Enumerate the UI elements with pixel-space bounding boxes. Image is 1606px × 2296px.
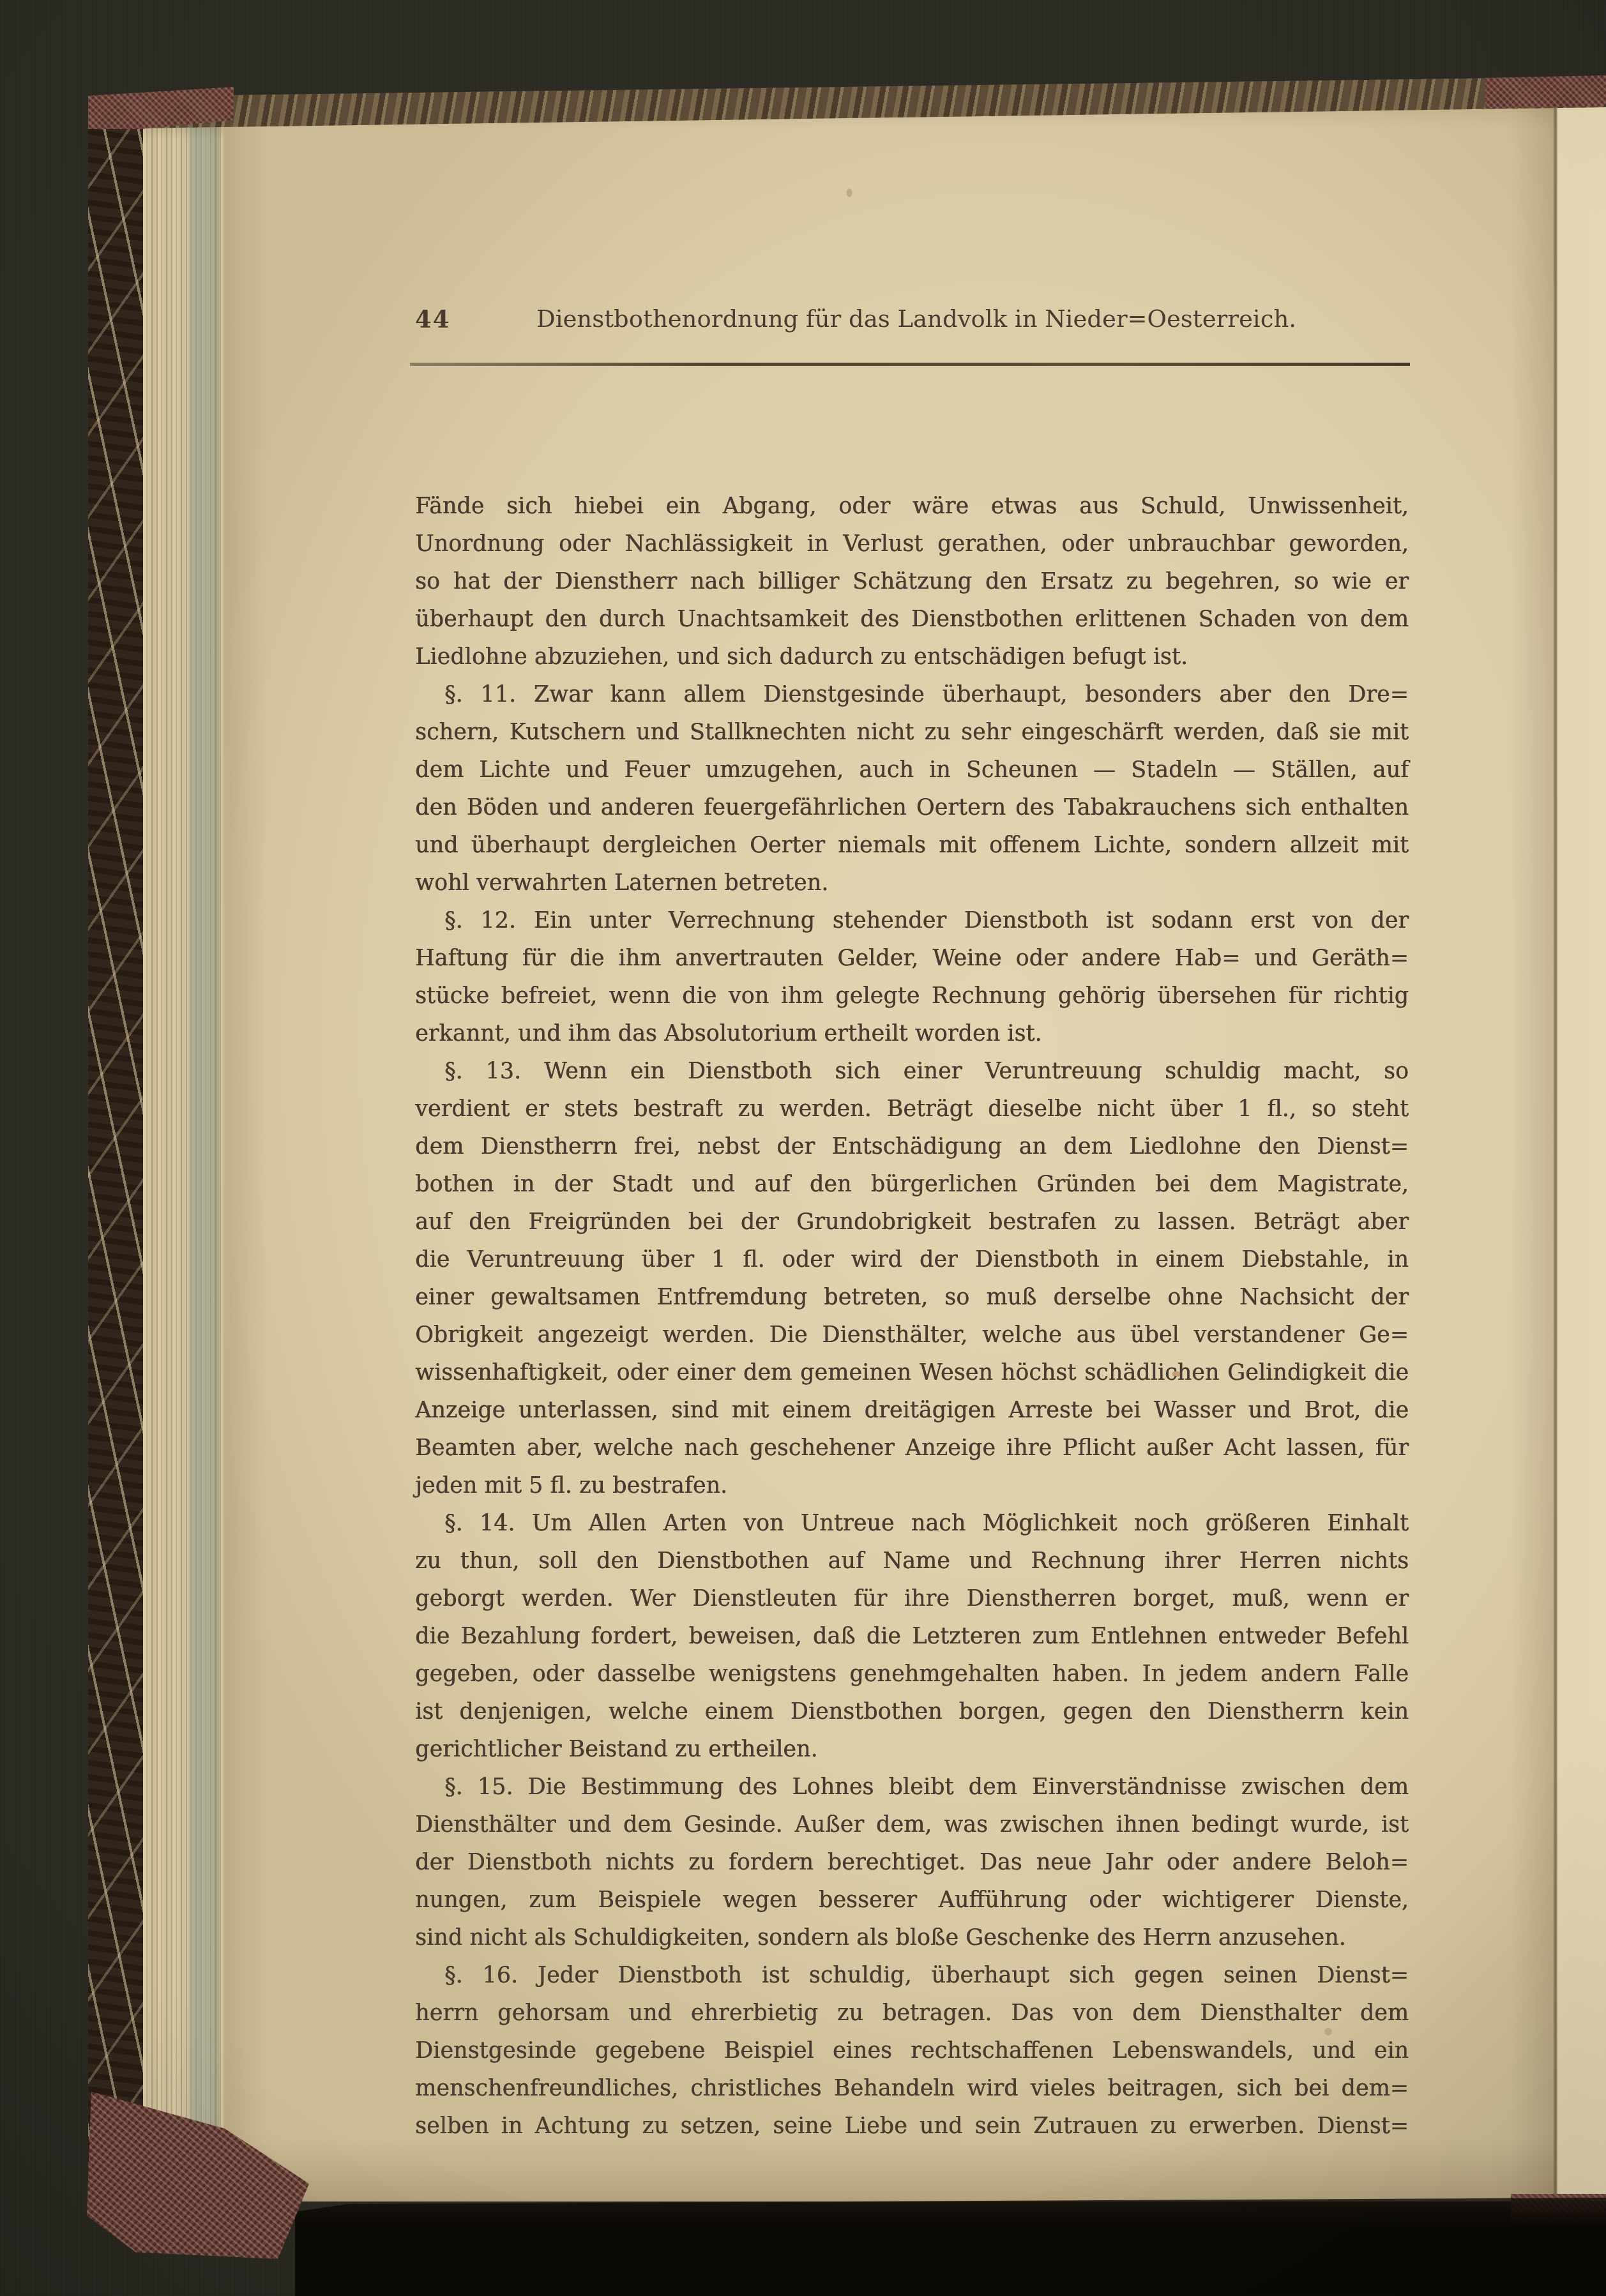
text-line: die Bezahlung fordert, beweisen, daß die… — [415, 1618, 1409, 1656]
text-line: auf den Freigründen bei der Grundobrigke… — [415, 1204, 1409, 1241]
text-line: ist denjenigen, welche einem Dienstbothe… — [415, 1693, 1409, 1731]
text-line: die Veruntreuung über 1 fl. oder wird de… — [415, 1241, 1409, 1279]
running-header: 44 Dienstbothenordnung für das Landvolk … — [415, 303, 1409, 342]
marbled-cover-edge — [88, 105, 143, 2205]
text-line: überhaupt den durch Unachtsamkeit des Di… — [415, 601, 1409, 638]
page-title: Dienstbothenordnung für das Landvolk in … — [504, 305, 1328, 333]
text-line: geborgt werden. Wer Dienstleuten für ihr… — [415, 1580, 1409, 1618]
text-line: den Böden und anderen feuergefährlichen … — [415, 789, 1409, 827]
text-line: bothen in der Stadt und auf den bürgerli… — [415, 1166, 1409, 1204]
text-line: jeden mit 5 fl. zu bestrafen. — [415, 1467, 1409, 1505]
text-line: und überhaupt dergleichen Oerter niemals… — [415, 827, 1409, 865]
text-line: gegeben, oder dasselbe wenigstens genehm… — [415, 1656, 1409, 1693]
text-line: wissenhaftigkeit, oder einer dem gemeine… — [415, 1354, 1409, 1392]
text-line: Dienstgesinde gegebene Beispiel eines re… — [415, 2032, 1409, 2070]
text-line: Haftung für die ihm anvertrauten Gelder,… — [415, 940, 1409, 978]
text-line: §. 13. Wenn ein Dienstboth sich einer Ve… — [415, 1053, 1409, 1091]
text-line: Fände sich hiebei ein Abgang, oder wäre … — [415, 488, 1409, 525]
text-line: so hat der Dienstherr nach billiger Schä… — [415, 563, 1409, 601]
text-line: dem Lichte und Feuer umzugehen, auch in … — [415, 751, 1409, 789]
printed-content: 44 Dienstbothenordnung für das Landvolk … — [415, 303, 1409, 342]
fanned-page-edges — [143, 101, 223, 2203]
text-line: wohl verwahrten Laternen betreten. — [415, 865, 1409, 902]
text-line: §. 16. Jeder Dienstboth ist schuldig, üb… — [415, 1957, 1409, 1995]
book-page: 44 Dienstbothenordnung für das Landvolk … — [223, 97, 1556, 2202]
text-line: sind nicht als Schuldigkeiten, sondern a… — [415, 1919, 1409, 1957]
text-line: §. 11. Zwar kann allem Dienstgesinde übe… — [415, 676, 1409, 714]
text-line: Anzeige unterlassen, sind mit einem drei… — [415, 1392, 1409, 1430]
photo-background: 44 Dienstbothenordnung für das Landvolk … — [0, 0, 1606, 2296]
header-rule — [410, 363, 1410, 366]
page-crease — [1553, 101, 1557, 2203]
text-line: zu thun, soll den Dienstbothen auf Name … — [415, 1543, 1409, 1580]
text-line: Unordnung oder Nachlässigkeit in Verlust… — [415, 525, 1409, 563]
cover-corner-top-left — [88, 75, 234, 129]
text-line: herrn gehorsam und ehrerbietig zu betrag… — [415, 1995, 1409, 2032]
next-page-edge — [1557, 93, 1606, 2204]
text-line: Diensthälter und dem Gesinde. Außer dem,… — [415, 1806, 1409, 1844]
text-line: §. 15. Die Bestimmung des Lohnes bleibt … — [415, 1769, 1409, 1806]
page-number: 44 — [415, 305, 451, 333]
book: 44 Dienstbothenordnung für das Landvolk … — [88, 75, 1606, 2202]
text-line: verdient er stets bestraft zu werden. Be… — [415, 1091, 1409, 1128]
text-line: selben in Achtung zu setzen, seine Liebe… — [415, 2108, 1409, 2145]
text-line: einer gewaltsamen Entfremdung betreten, … — [415, 1279, 1409, 1317]
book-shadow — [295, 2198, 1606, 2296]
text-line: Liedlohne abzuziehen, und sich dadurch z… — [415, 638, 1409, 676]
text-line: Beamten aber, welche nach geschehener An… — [415, 1430, 1409, 1467]
text-line: der Dienstboth nichts zu fordern berecht… — [415, 1844, 1409, 1882]
text-line: schern, Kutschern und Stallknechten nich… — [415, 714, 1409, 751]
text-line: §. 14. Um Allen Arten von Untreue nach M… — [415, 1505, 1409, 1543]
text-block: Fände sich hiebei ein Abgang, oder wäre … — [415, 488, 1409, 2145]
text-line: §. 12. Ein unter Verrechnung stehender D… — [415, 902, 1409, 940]
text-line: nungen, zum Beispiele wegen besserer Auf… — [415, 1882, 1409, 1919]
text-line: Obrigkeit angezeigt werden. Die Diensthä… — [415, 1317, 1409, 1354]
text-line: dem Dienstherrn frei, nebst der Entschäd… — [415, 1128, 1409, 1166]
text-line: menschenfreundliches, christliches Behan… — [415, 2070, 1409, 2108]
text-line: gerichtlicher Beistand zu ertheilen. — [415, 1731, 1409, 1769]
text-line: erkannt, und ihm das Absolutorium erthei… — [415, 1015, 1409, 1053]
text-line: stücke befreiet, wenn die von ihm gelegt… — [415, 978, 1409, 1015]
